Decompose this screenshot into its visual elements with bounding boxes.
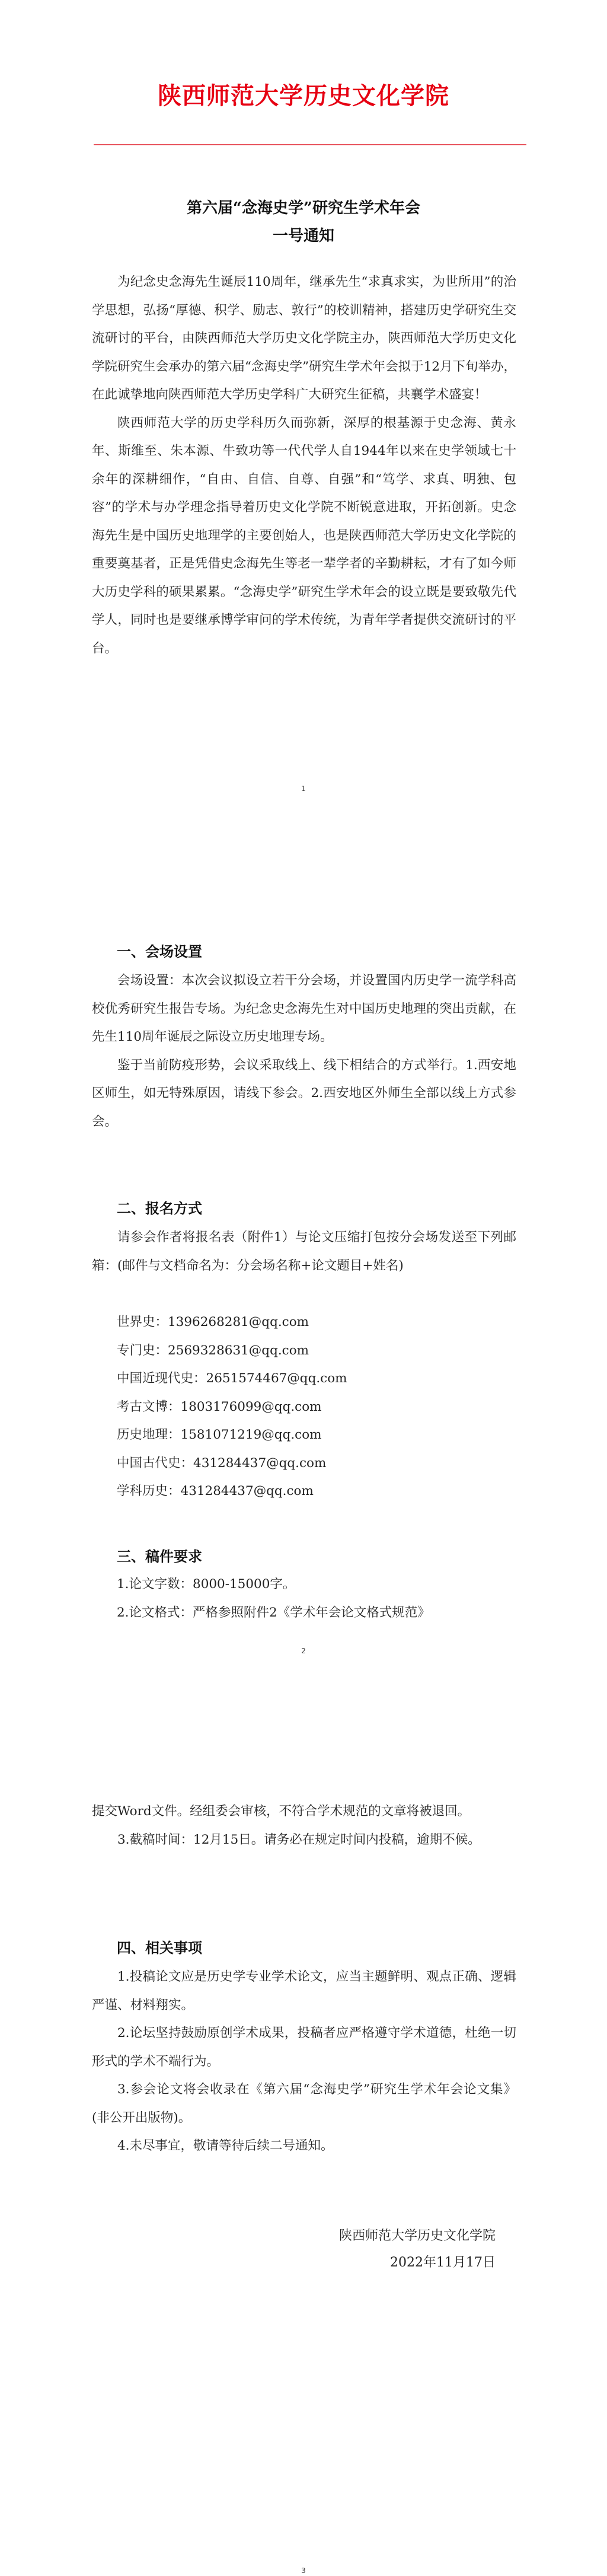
email-item: 中国古代史：431284437@qq.com bbox=[117, 1449, 347, 1478]
intro-section: 为纪念史念海先生诞辰110周年，继承先生“求真求实，为世所用”的治学思想，弘扬“… bbox=[92, 268, 516, 662]
note-item: 1.投稿论文应是历史学专业学术论文，应当主题鲜明、观点正确、逻辑严谨、材料翔实。 bbox=[92, 1963, 516, 2019]
requirement-deadline: 3.截稿时间：12月15日。请务必在规定时间内投稿，逾期不候。 bbox=[92, 1826, 516, 1854]
document-title: 第六届“念海史学”研究生学术年会 bbox=[0, 196, 607, 218]
requirement-item: 1.论文字数：8000-15000字。 bbox=[117, 1570, 430, 1599]
registration-paragraph: 请参会作者将报名表（附件1）与论文压缩打包按分会场发送至下列邮箱：(邮件与文档命… bbox=[92, 1223, 516, 1280]
intro-paragraph: 陕西师范大学的历史学科历久而弥新，深厚的根基源于史念海、黄永年、斯维至、朱本源、… bbox=[92, 409, 516, 663]
email-item: 中国近现代史：2651574467@qq.com bbox=[117, 1364, 347, 1393]
email-address[interactable]: 1581071219@qq.com bbox=[181, 1427, 322, 1442]
venue-paragraph: 会场设置：本次会议拟设立若干分会场，并设置国内历史学一流学科高校优秀研究生报告专… bbox=[92, 967, 516, 1051]
email-address[interactable]: 2651574467@qq.com bbox=[206, 1371, 347, 1386]
email-address[interactable]: 2569328631@qq.com bbox=[168, 1343, 309, 1358]
letterhead-divider bbox=[94, 144, 526, 145]
signature-organization: 陕西师范大学历史文化学院 bbox=[339, 2223, 496, 2249]
email-label: 专门史： bbox=[117, 1343, 168, 1358]
section-heading-venue: 一、会场设置 bbox=[117, 940, 202, 961]
email-address[interactable]: 1396268281@qq.com bbox=[168, 1315, 309, 1330]
page-number: 2 bbox=[0, 1647, 607, 1655]
venue-paragraph: 鉴于当前防疫形势，会议采取线上、线下相结合的方式举行。1.西安地区师生，如无特殊… bbox=[92, 1051, 516, 1136]
note-item: 4.未尽事宜，敬请等待后续二号通知。 bbox=[92, 2132, 516, 2160]
requirements-list: 1.论文字数：8000-15000字。 2.论文格式：严格参照附件2《学术年会论… bbox=[117, 1570, 430, 1627]
email-address[interactable]: 1803176099@qq.com bbox=[181, 1399, 322, 1414]
page-number: 1 bbox=[0, 785, 607, 793]
section-heading-registration: 二、报名方式 bbox=[117, 1197, 202, 1217]
notes-section: 1.投稿论文应是历史学专业学术论文，应当主题鲜明、观点正确、逻辑严谨、材料翔实。… bbox=[92, 1963, 516, 2160]
requirement-continuation-text: 提交Word文件。经组委会审核，不符合学术规范的文章将被退回。 bbox=[92, 1797, 516, 1826]
signature-block: 陕西师范大学历史文化学院 2022年11月17日 bbox=[339, 2223, 496, 2276]
signature-date: 2022年11月17日 bbox=[339, 2249, 496, 2276]
email-address[interactable]: 431284437@qq.com bbox=[181, 1484, 314, 1499]
note-item: 2.论坛坚持鼓励原创学术成果，投稿者应严格遵守学术道德，杜绝一切形式的学术不端行… bbox=[92, 2019, 516, 2076]
email-item: 考古文博：1803176099@qq.com bbox=[117, 1393, 347, 1421]
email-label: 考古文博： bbox=[117, 1399, 181, 1414]
letterhead-organization: 陕西师范大学历史文化学院 bbox=[0, 77, 607, 111]
email-item: 历史地理：1581071219@qq.com bbox=[117, 1421, 347, 1449]
email-address[interactable]: 431284437@qq.com bbox=[193, 1456, 326, 1471]
email-label: 历史地理： bbox=[117, 1427, 181, 1442]
email-label: 世界史： bbox=[117, 1315, 168, 1330]
requirements-continuation: 提交Word文件。经组委会审核，不符合学术规范的文章将被退回。 3.截稿时间：1… bbox=[92, 1797, 516, 1854]
intro-paragraph: 为纪念史念海先生诞辰110周年，继承先生“求真求实，为世所用”的治学思想，弘扬“… bbox=[92, 268, 516, 409]
section-heading-requirements: 三、稿件要求 bbox=[117, 1545, 202, 1566]
email-item: 世界史：1396268281@qq.com bbox=[117, 1308, 347, 1337]
registration-section: 请参会作者将报名表（附件1）与论文压缩打包按分会场发送至下列邮箱：(邮件与文档命… bbox=[92, 1223, 516, 1280]
document-subtitle: 一号通知 bbox=[0, 224, 607, 246]
page-number: 3 bbox=[0, 2567, 607, 2575]
email-list: 世界史：1396268281@qq.com 专门史：2569328631@qq.… bbox=[117, 1308, 347, 1506]
note-item: 3.参会论文将会收录在《第六届“念海史学”研究生学术年会论文集》(非公开出版物)… bbox=[92, 2076, 516, 2132]
section-heading-notes: 四、相关事项 bbox=[117, 1936, 202, 1957]
email-item: 学科历史：431284437@qq.com bbox=[117, 1477, 347, 1506]
venue-section: 会场设置：本次会议拟设立若干分会场，并设置国内历史学一流学科高校优秀研究生报告专… bbox=[92, 967, 516, 1136]
email-label: 学科历史： bbox=[117, 1484, 181, 1499]
email-label: 中国近现代史： bbox=[117, 1371, 206, 1386]
email-label: 中国古代史： bbox=[117, 1456, 193, 1471]
email-item: 专门史：2569328631@qq.com bbox=[117, 1337, 347, 1365]
requirement-item: 2.论文格式：严格参照附件2《学术年会论文格式规范》 bbox=[117, 1599, 430, 1627]
